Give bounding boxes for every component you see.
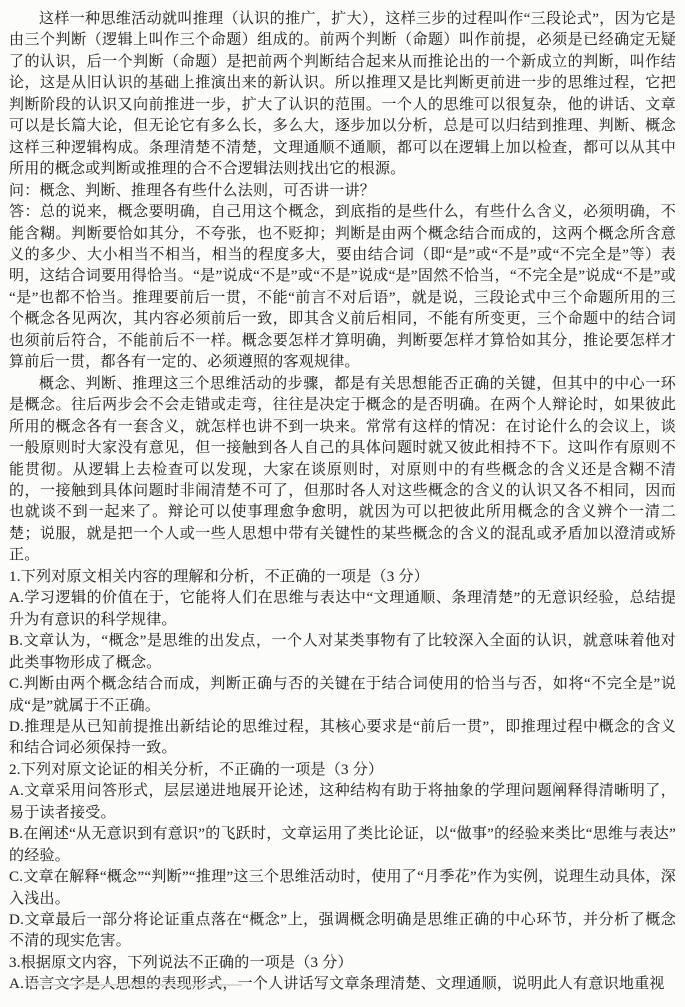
passage-paragraph-reasoning: 这样一种思维活动就叫推理（认识的推广，扩大），这样三步的过程叫作“三段论式”，因… (9, 9, 676, 181)
question-2-option-b: B.在阐述“从无意识到有意识”的飞跃时，文章运用了类比论证，以“做事”的经验来类… (9, 824, 676, 867)
question-2-option-d: D.文章最后一部分将论证重点落在“概念”上，强调概念明确是思维正确的中心环节，并… (9, 910, 676, 953)
question-1-option-a: A.学习逻辑的价值在于，它能将人们在思维与表达中“文理通顺、条理清楚”的无意识经… (9, 588, 676, 631)
passage-paragraph-concept: 概念、判断、推理这三个思维活动的步骤，都是有关思想能否正确的关键，但其中的中心一… (9, 374, 676, 567)
passage-question-line: 问：概念、判断、推理各有些什么法则，可否讲一讲？ (9, 181, 676, 202)
question-1-option-d: D.推理是从已知前提推出新结论的思维过程，其核心要求是“前后一贯”，即推理过程中… (9, 717, 676, 760)
question-1-stem: 1.下列对原文相关内容的理解和分析，不正确的一项是（3 分） (9, 567, 676, 588)
question-2-stem: 2.下列对原文论证的相关分析，不正确的一项是（3 分） (9, 760, 676, 781)
question-2-option-c: C.文章在解释“概念”“判断”“推理”这三个思维活动时，使用了“月季花”作为实例… (9, 867, 676, 910)
passage-answer-paragraph: 答：总的说来，概念要明确，自己用这个概念，到底指的是些什么，有些什么含义，必须明… (9, 202, 676, 374)
scan-artifact-line (28, 984, 242, 986)
question-1-option-b: B.文章认为，“概念”是思维的出发点，一个人对某类事物有了比较深入全面的认识，就… (9, 631, 676, 674)
question-3-stem: 3.根据原文内容，下列说法不正确的一项是（3 分） (9, 953, 676, 974)
document-page: 这样一种思维活动就叫推理（认识的推广，扩大），这样三步的过程叫作“三段论式”，因… (0, 0, 685, 1007)
question-2-option-a: A.文章采用问答形式，层层递进地展开论述，这种结构有助于将抽象的学理问题阐释得清… (9, 781, 676, 824)
question-1-option-c: C.判断由两个概念结合而成，判断正确与否的关键在于结合词使用的恰当与否，如将“不… (9, 674, 676, 717)
